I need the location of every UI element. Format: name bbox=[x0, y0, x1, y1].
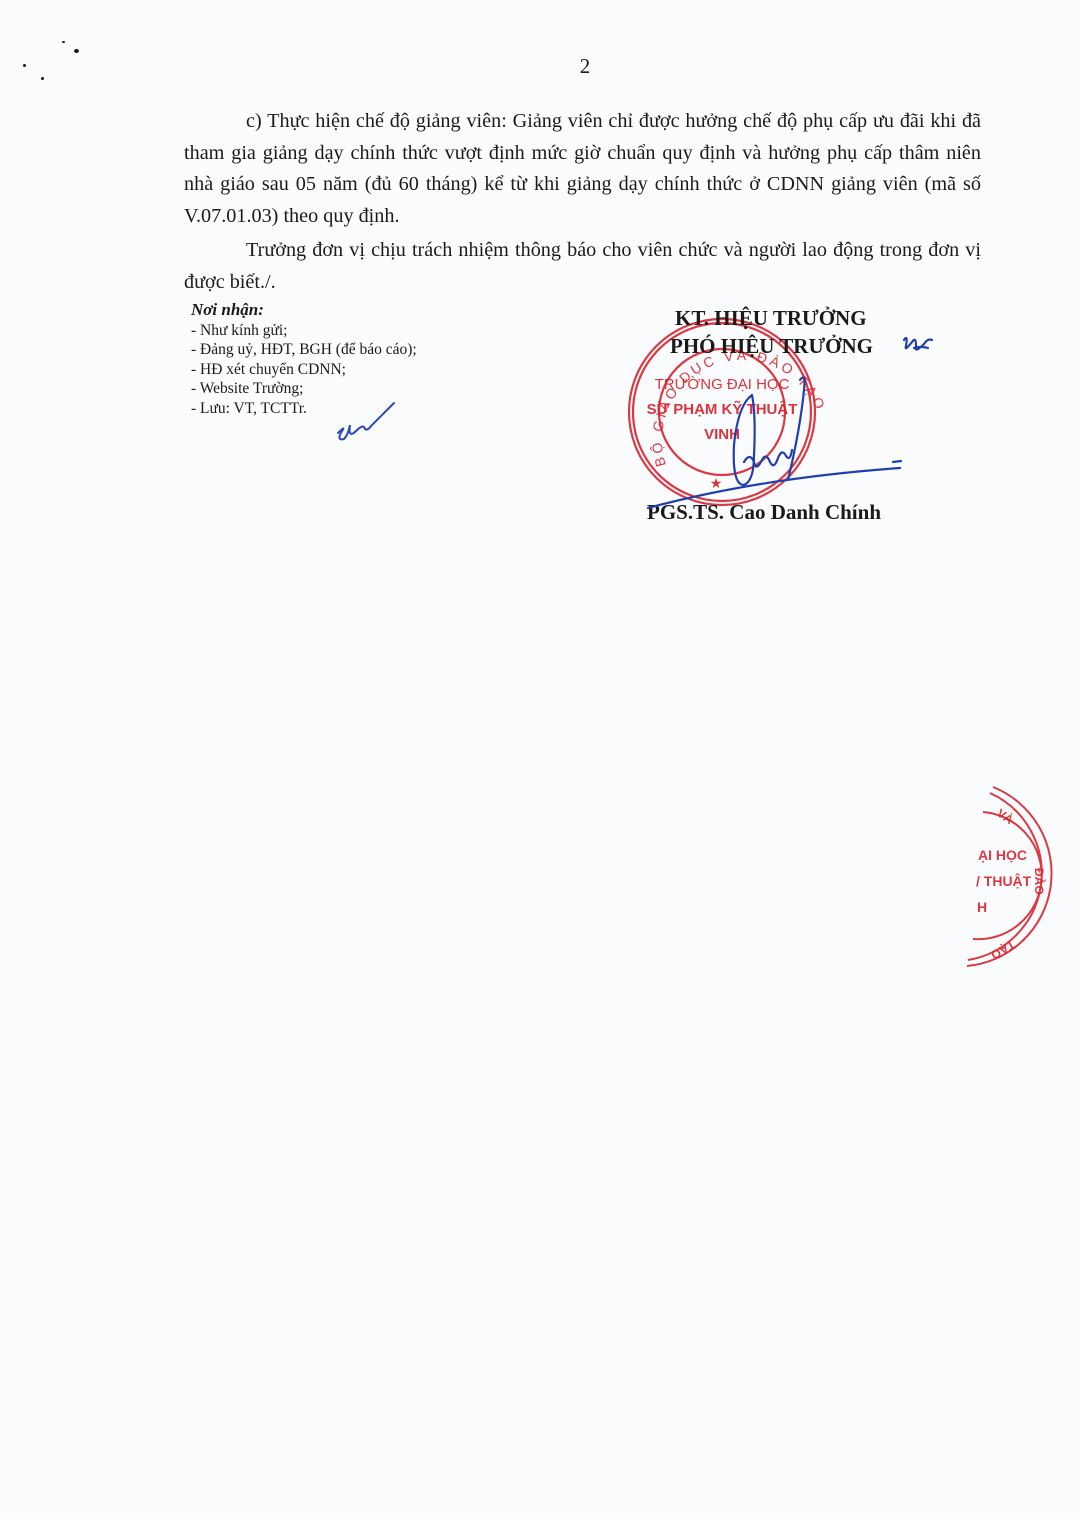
recipient-item: - Website Trường; bbox=[191, 379, 417, 399]
paragraph-text: Trưởng đơn vị chịu trách nhiệm thông báo… bbox=[184, 239, 981, 293]
svg-text:ẠI HỌC: ẠI HỌC bbox=[978, 847, 1027, 863]
recipient-item: - HĐ xét chuyển CDNN; bbox=[191, 360, 417, 380]
page-number: 2 bbox=[0, 54, 1080, 79]
paragraph-teacher-regime: c) Thực hiện chế độ giảng viên: Giảng vi… bbox=[184, 106, 981, 232]
svg-text:ĐÀO: ĐÀO bbox=[1032, 868, 1047, 895]
recipients-title: Nơi nhận: bbox=[191, 300, 417, 320]
stamp-line: TRƯỜNG ĐẠI HỌC bbox=[655, 376, 790, 393]
svg-text:VÀ: VÀ bbox=[994, 805, 1017, 827]
recipient-item: - Đảng uỷ, HĐT, BGH (để báo cáo); bbox=[191, 340, 417, 360]
svg-text:★: ★ bbox=[710, 475, 723, 491]
stamp-line: SƯ PHẠM KỸ THUẬT bbox=[647, 400, 798, 418]
stamp-line: VINH bbox=[704, 426, 740, 443]
recipients-block: Nơi nhận: - Như kính gửi; - Đảng uỷ, HĐT… bbox=[191, 300, 417, 419]
recipient-item: - Như kính gửi; bbox=[191, 321, 417, 341]
recipient-item: - Lưu: VT, TCTTr. bbox=[191, 399, 417, 419]
svg-text:BỘ GIÁO DỤC VÀ ĐÀO TẠO: BỘ GIÁO DỤC VÀ ĐÀO TẠO bbox=[649, 347, 830, 468]
paragraph-notification: Trưởng đơn vị chịu trách nhiệm thông báo… bbox=[184, 235, 981, 298]
svg-text:H: H bbox=[977, 899, 987, 915]
signer-name: PGS.TS. Cao Danh Chính bbox=[647, 500, 881, 525]
svg-text:TẠO: TẠO bbox=[989, 937, 1018, 962]
signature-title-line2: PHÓ HIỆU TRƯỞNG bbox=[670, 334, 873, 359]
paragraph-text: c) Thực hiện chế độ giảng viên: Giảng vi… bbox=[184, 110, 981, 227]
svg-text:/ THUẬT: / THUẬT bbox=[976, 872, 1032, 889]
signature-title-line1: KT. HIỆU TRƯỞNG bbox=[675, 306, 867, 331]
